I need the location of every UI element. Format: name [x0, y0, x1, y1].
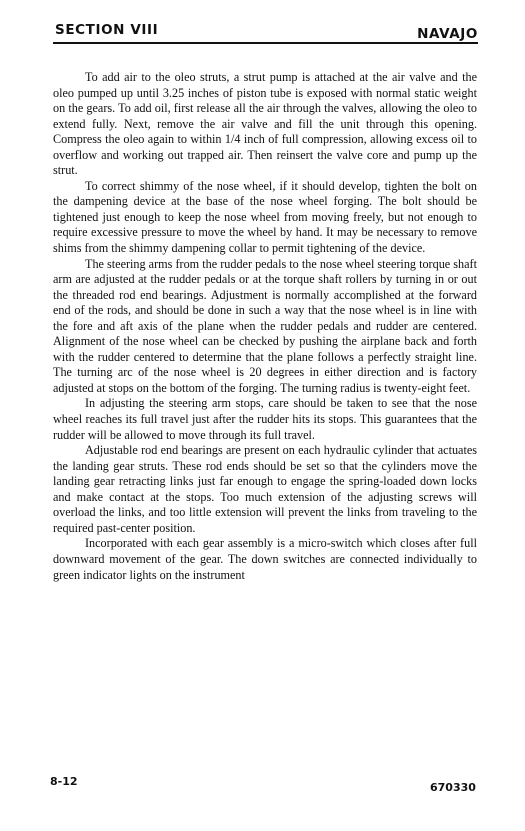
- header-rule: [53, 42, 478, 44]
- section-label: SECTION VIII: [55, 22, 158, 38]
- document-code: 670330: [430, 781, 476, 794]
- body-text: To add air to the oleo struts, a strut p…: [53, 70, 477, 583]
- paragraph-shimmy-correction: To correct shimmy of the nose wheel, if …: [53, 179, 477, 257]
- paragraph-micro-switch: Incorporated with each gear assembly is …: [53, 536, 477, 583]
- paragraph-rod-end-bearings: Adjustable rod end bearings are present …: [53, 443, 477, 536]
- paragraph-steering-arms: The steering arms from the rudder pedals…: [53, 257, 477, 397]
- paragraph-steering-stops: In adjusting the steering arm stops, car…: [53, 396, 477, 443]
- page-header: SECTION VIII NAVAJO: [53, 22, 478, 46]
- page-number: 8-12: [50, 775, 78, 788]
- paragraph-oleo-servicing: To add air to the oleo struts, a strut p…: [53, 70, 477, 179]
- aircraft-title: NAVAJO: [417, 26, 478, 42]
